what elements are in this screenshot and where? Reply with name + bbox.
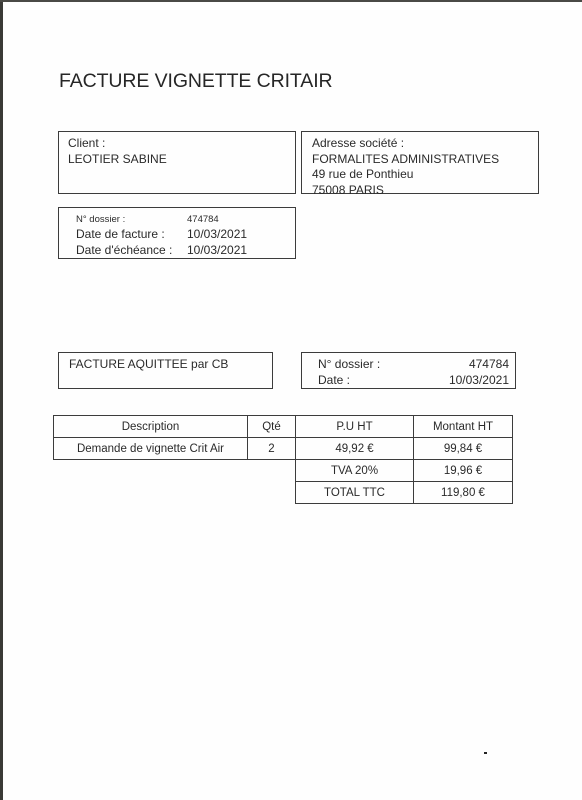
payment-status-box: FACTURE AQUITTEE par CB — [58, 352, 273, 389]
empty-cell — [54, 460, 296, 482]
header-description: Description — [54, 416, 248, 438]
invoice-table: Description Qté P.U HT Montant HT Demand… — [53, 415, 513, 504]
payment-status: FACTURE AQUITTEE par CB — [69, 357, 272, 373]
total-label: TOTAL TTC — [296, 482, 414, 504]
client-name: LEOTIER SABINE — [68, 152, 295, 168]
item-unit-price: 49,92 € — [296, 438, 414, 460]
ref-date-label: Date : — [318, 373, 350, 389]
page-title: FACTURE VIGNETTE CRITAIR — [59, 70, 333, 93]
total-row: TOTAL TTC 119,80 € — [54, 482, 513, 504]
scan-edge-top — [0, 0, 582, 2]
item-amount: 99,84 € — [414, 438, 513, 460]
invoice-date-value: 10/03/2021 — [187, 227, 247, 243]
header-quantity: Qté — [248, 416, 296, 438]
ref-file-number-label: N° dossier : — [318, 357, 380, 373]
invoice-date-row: Date de facture : 10/03/2021 — [76, 227, 295, 243]
client-box: Client : LEOTIER SABINE — [58, 131, 296, 194]
header-amount: Montant HT — [414, 416, 513, 438]
header-unit-price: P.U HT — [296, 416, 414, 438]
file-number-value: 474784 — [187, 213, 219, 227]
ref-file-number-row: N° dossier : 474784 — [318, 357, 509, 373]
vat-label: TVA 20% — [296, 460, 414, 482]
due-date-row: Date d'échéance : 10/03/2021 — [76, 243, 295, 259]
scan-edge-left — [0, 0, 3, 800]
scan-speck — [484, 752, 487, 754]
total-value: 119,80 € — [414, 482, 513, 504]
company-label: Adresse société : — [312, 136, 538, 152]
vat-value: 19,96 € — [414, 460, 513, 482]
file-number-row: N° dossier : 474784 — [76, 213, 295, 227]
due-date-label: Date d'échéance : — [76, 243, 187, 259]
ref-file-number-value: 474784 — [469, 357, 509, 373]
ref-date-value: 10/03/2021 — [449, 373, 509, 389]
client-label: Client : — [68, 136, 295, 152]
company-street: 49 rue de Ponthieu — [312, 167, 538, 183]
invoice-date-label: Date de facture : — [76, 227, 187, 243]
table-header-row: Description Qté P.U HT Montant HT — [54, 416, 513, 438]
item-description: Demande de vignette Crit Air — [54, 438, 248, 460]
due-date-value: 10/03/2021 — [187, 243, 247, 259]
item-quantity: 2 — [248, 438, 296, 460]
company-name: FORMALITES ADMINISTRATIVES — [312, 152, 538, 168]
company-city: 75008 PARIS — [312, 183, 538, 199]
file-number-label: N° dossier : — [76, 213, 187, 227]
company-address-box: Adresse société : FORMALITES ADMINISTRAT… — [301, 131, 539, 194]
ref-date-row: Date : 10/03/2021 — [318, 373, 509, 389]
table-row: Demande de vignette Crit Air 2 49,92 € 9… — [54, 438, 513, 460]
vat-row: TVA 20% 19,96 € — [54, 460, 513, 482]
file-info-box: N° dossier : 474784 Date de facture : 10… — [58, 207, 296, 259]
empty-cell — [54, 482, 296, 504]
reference-box: N° dossier : 474784 Date : 10/03/2021 — [301, 352, 516, 389]
